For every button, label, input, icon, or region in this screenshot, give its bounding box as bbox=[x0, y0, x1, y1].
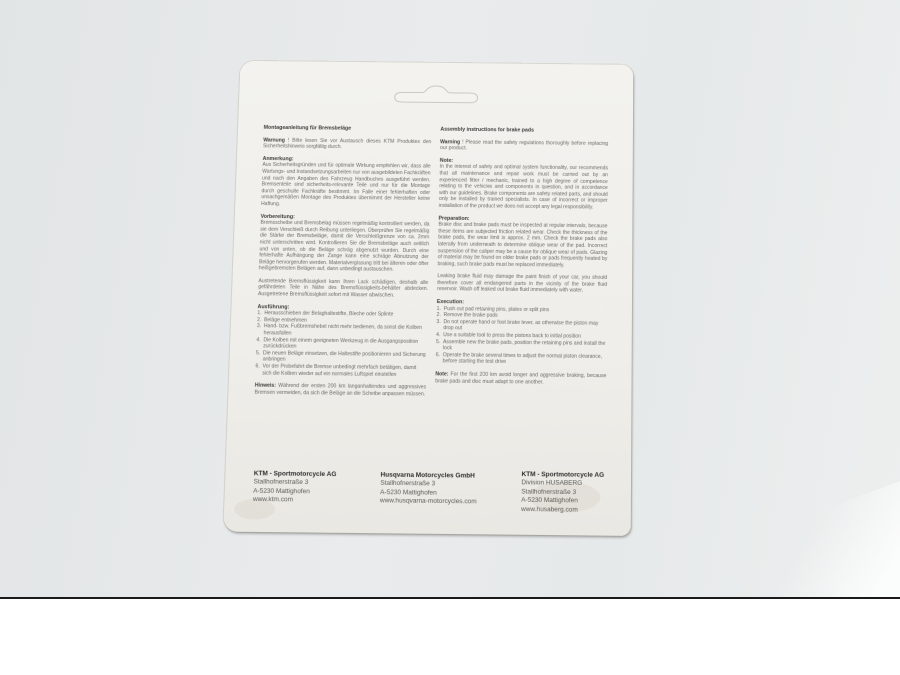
english-instructions: Assembly instructions for brake pads War… bbox=[435, 127, 608, 387]
address-ktm: KTM - Sportmotorcycle AG Stallhofnerstra… bbox=[253, 470, 337, 505]
step: 6.Operate the brake several times to adj… bbox=[436, 352, 607, 367]
german-prep-text: Bremsscheibe und Bremsbelag müssen regel… bbox=[259, 220, 430, 274]
website-link: www.husaberg.com bbox=[521, 505, 604, 515]
english-note-text: In the interest of safety and optimal sy… bbox=[439, 164, 608, 211]
english-steps: 1.Push out pad retaining pins, plates or… bbox=[436, 306, 607, 367]
website-link: www.husqvarna-motorcycles.com bbox=[380, 497, 477, 507]
german-note-text: Aus Sicherheitsgründen und für optimale … bbox=[261, 162, 431, 209]
photo: Montageanleitung für Bremsbeläge Warnung… bbox=[0, 0, 900, 599]
english-fluid-text: Leaking brake fluid may damage the paint… bbox=[437, 273, 607, 294]
english-warning: Warning ! Please read the safety regulat… bbox=[440, 139, 608, 154]
address-husqvarna: Husqvarna Motorcycles GmbH Stallhofnerst… bbox=[380, 471, 477, 507]
german-steps: 1.Herausschieben der Belaghaltestifte, B… bbox=[255, 310, 427, 378]
address-husaberg: KTM - Sportmotorcycle AG Division HUSABE… bbox=[521, 471, 604, 515]
german-warning: Warnung ! Bitte lesen Sie vor Austausch … bbox=[263, 137, 431, 152]
english-prep-text: Brake disc and brake pads must be inspec… bbox=[438, 222, 608, 269]
english-title: Assembly instructions for brake pads bbox=[440, 127, 608, 135]
website-link: www.ktm.com bbox=[253, 496, 336, 506]
step: 6.Vor der Probefahrt die Bremse unbeding… bbox=[255, 363, 426, 378]
english-hint: Note: For the first 200 km avoid longer … bbox=[435, 371, 606, 386]
german-hint: Hinweis: Während der ersten 200 km langa… bbox=[254, 383, 426, 398]
german-instructions: Montageanleitung für Bremsbeläge Warnung… bbox=[254, 125, 431, 398]
hanger-hole-icon bbox=[389, 84, 484, 108]
german-title: Montageanleitung für Bremsbeläge bbox=[264, 125, 432, 133]
light-glare bbox=[726, 476, 900, 599]
german-fluid-text: Austretende Bremsflüssigkeit kann Ihren … bbox=[258, 278, 428, 299]
instruction-card: Montageanleitung für Bremsbeläge Warnung… bbox=[223, 61, 633, 536]
